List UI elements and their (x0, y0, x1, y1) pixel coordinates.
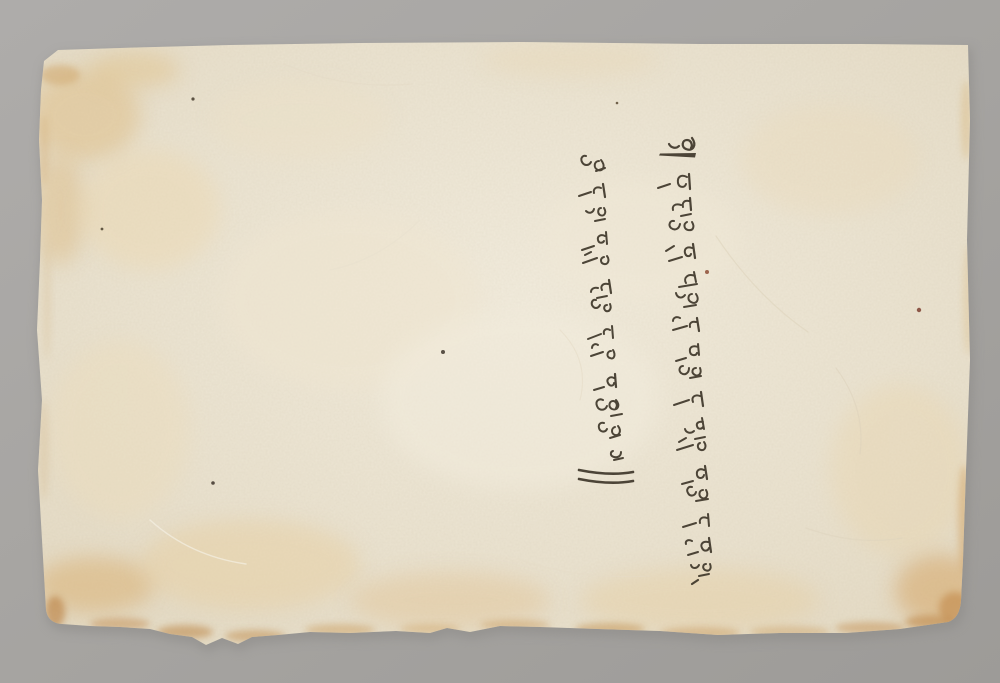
ink-stroke (689, 174, 690, 189)
speck (441, 350, 445, 354)
stain-patch (140, 520, 360, 610)
stain-patch (830, 385, 970, 555)
stain-patch (210, 80, 390, 160)
manuscript-photo (0, 0, 1000, 683)
speck (211, 481, 215, 485)
speck (101, 228, 104, 231)
speck (616, 102, 619, 105)
stain-patch (480, 42, 660, 78)
stain-patch (540, 180, 740, 300)
stain-patch (80, 150, 220, 270)
ink-stroke (690, 198, 691, 210)
stain-patch (580, 568, 820, 632)
speck (917, 308, 921, 312)
edge-stain (40, 65, 80, 85)
edge-stain (43, 240, 51, 360)
speck (191, 97, 194, 100)
stain-patch (90, 52, 180, 88)
ink-stroke (615, 374, 616, 387)
photograph (0, 0, 1000, 683)
stain-patch (740, 105, 920, 215)
stain-patch (380, 310, 660, 490)
stain-patch (350, 572, 550, 628)
stain-patch (50, 340, 190, 520)
speck (705, 270, 709, 274)
